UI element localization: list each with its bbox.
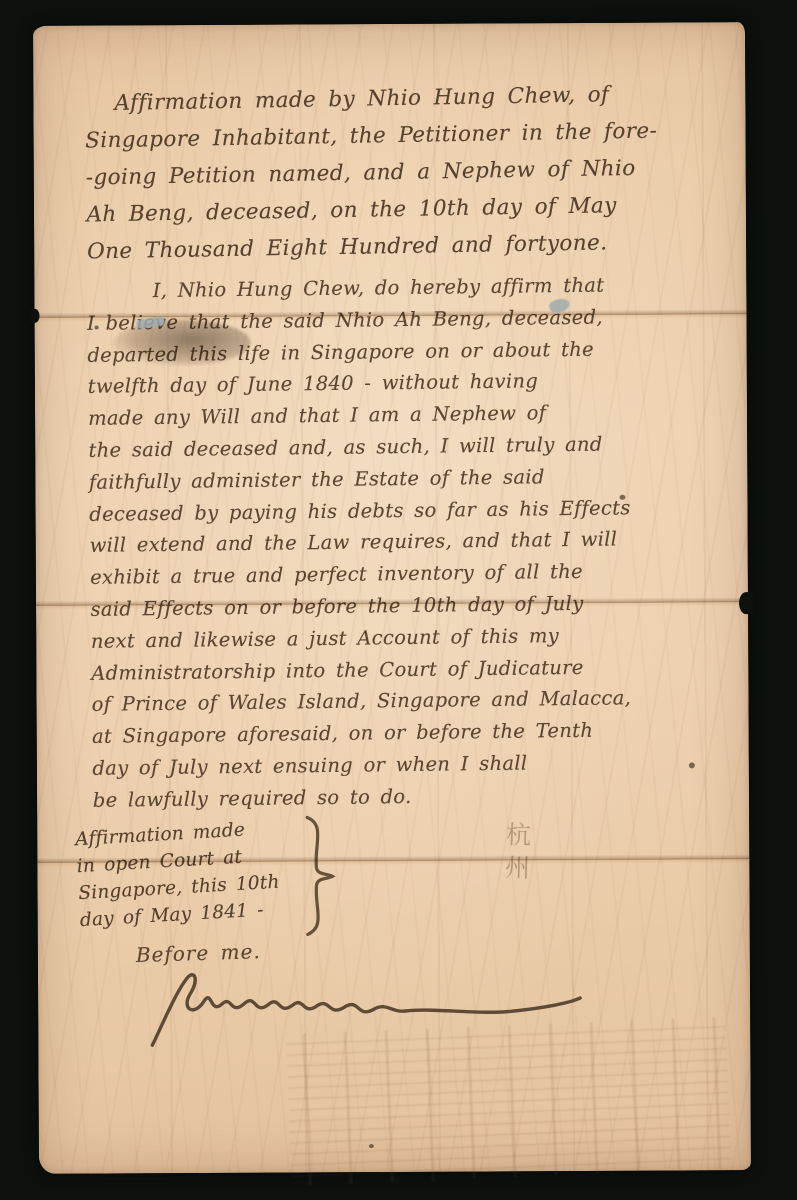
fold-edge-notch (30, 309, 39, 323)
opening-paragraph: Affirmation made by Nhio Hung Chew, of S… (84, 74, 717, 270)
document-page: Affirmation made by Nhio Hung Chew, of S… (33, 22, 751, 1174)
jurat-block: Affirmation made in open Court at Singap… (75, 812, 331, 934)
curly-brace-icon (299, 812, 340, 940)
chinese-character-annotation: 杭州 (496, 821, 535, 922)
recorder-signature: Wm Norris (122, 961, 602, 1056)
fold-edge-notch (739, 592, 753, 614)
affirmation-body-paragraph: I, Nhio Hung Chew, do hereby affirm that… (86, 268, 743, 816)
scan-background: { "scene": { "background_color": "#0c110… (0, 0, 797, 1200)
ink-spot (369, 1144, 374, 1148)
